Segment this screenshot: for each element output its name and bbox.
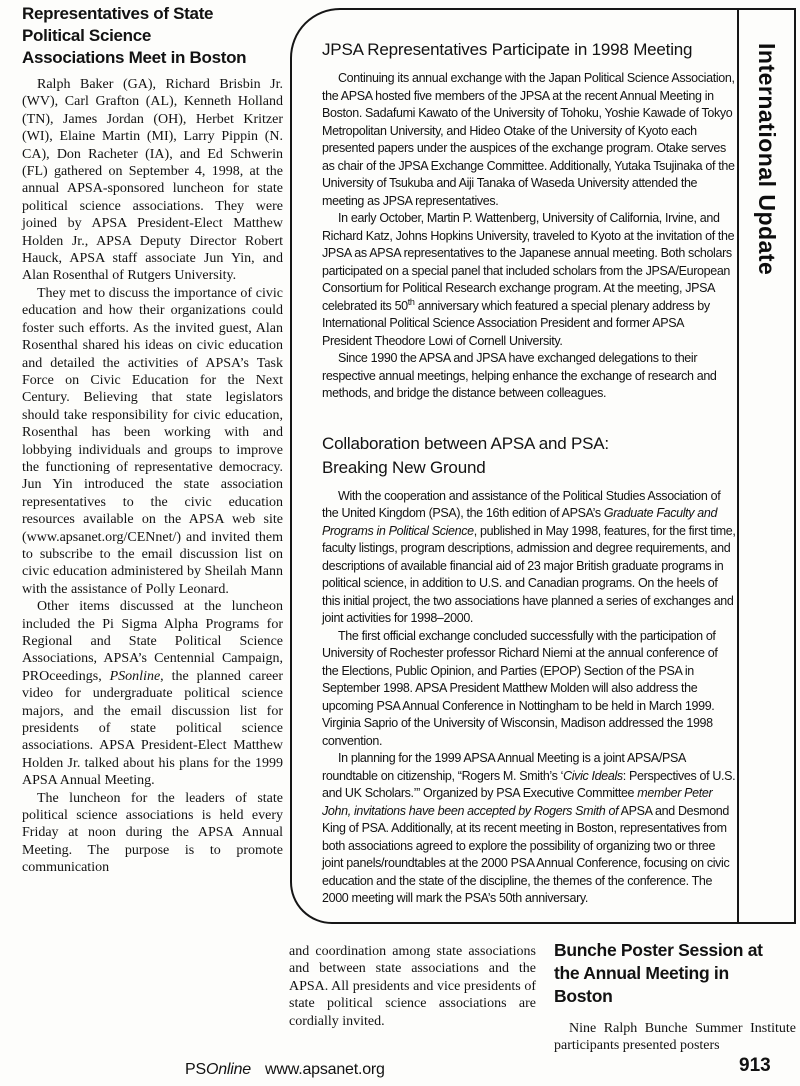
collab-section-body: With the cooperation and assistance of t… — [322, 488, 736, 908]
paragraph: The luncheon for the leaders of state po… — [22, 790, 283, 877]
page-number: 913 — [739, 1055, 771, 1077]
heading-line: Bunche Poster Session at — [554, 939, 796, 962]
text-run: In early October, Martin P. Wattenberg, … — [322, 211, 734, 313]
international-update-box: JPSA Representatives Participate in 1998… — [290, 8, 796, 924]
jpsa-section-body: Continuing its annual exchange with the … — [322, 70, 736, 403]
paragraph: and coordination among state association… — [289, 943, 536, 1030]
journal-name-ps: PS — [185, 1061, 206, 1078]
heading-line: JPSA Representatives Participate in 1998… — [322, 38, 736, 62]
box-content: JPSA Representatives Participate in 1998… — [322, 38, 736, 908]
journal-url: www.apsanet.org — [265, 1061, 385, 1078]
section-title-vertical: International Update — [753, 43, 780, 275]
paragraph: Ralph Baker (GA), Richard Brisbin Jr. (W… — [22, 76, 283, 285]
heading-line: Boston — [554, 985, 796, 1008]
paragraph: They met to discuss the importance of ci… — [22, 285, 283, 598]
left-article-heading: Representatives of State Political Scien… — [22, 3, 283, 69]
paragraph: The first official exchange concluded su… — [322, 628, 736, 751]
paragraph: Since 1990 the APSA and JPSA have exchan… — [322, 350, 736, 403]
middle-continuation-column: and coordination among state association… — [289, 943, 536, 1030]
journal-page: Representatives of State Political Scien… — [0, 0, 800, 1086]
paragraph: Nine Ralph Bunche Summer Institute parti… — [554, 1020, 796, 1055]
text-run: , published in May 1998, features, for t… — [322, 524, 736, 626]
left-article-body: Ralph Baker (GA), Richard Brisbin Jr. (W… — [22, 76, 283, 877]
journal-footer: PSOnlinewww.apsanet.org — [185, 1061, 385, 1079]
bunche-heading: Bunche Poster Session at the Annual Meet… — [554, 939, 796, 1008]
jpsa-section-heading: JPSA Representatives Participate in 1998… — [322, 38, 736, 62]
italic-book-title: Civic Ideals — [563, 769, 623, 783]
bunche-body: Nine Ralph Bunche Summer Institute parti… — [554, 1020, 796, 1055]
collab-section-heading: Collaboration between APSA and PSA: Brea… — [322, 432, 736, 480]
paragraph: In planning for the 1999 APSA Annual Mee… — [322, 750, 736, 908]
ordinal-superscript: th — [408, 296, 415, 306]
italic-title: PSonline — [110, 669, 161, 684]
text-run: , the planned career video for undergrad… — [22, 669, 283, 788]
sidebar-strip: International Update — [737, 10, 794, 922]
heading-line: Breaking New Ground — [322, 456, 736, 480]
heading-line: Collaboration between APSA and PSA: — [322, 432, 736, 456]
paragraph: Other items discussed at the luncheon in… — [22, 598, 283, 789]
heading-line: Associations Meet in Boston — [22, 47, 283, 69]
left-article-column: Representatives of State Political Scien… — [22, 3, 283, 877]
heading-line: the Annual Meeting in — [554, 962, 796, 985]
paragraph: With the cooperation and assistance of t… — [322, 488, 736, 628]
paragraph: In early October, Martin P. Wattenberg, … — [322, 210, 736, 350]
heading-line: Representatives of State — [22, 3, 283, 25]
paragraph: Continuing its annual exchange with the … — [322, 70, 736, 210]
bunche-article-column: Bunche Poster Session at the Annual Meet… — [554, 939, 796, 1055]
heading-line: Political Science — [22, 25, 283, 47]
text-run: APSA and Desmond King of PSA. Additional… — [322, 804, 729, 906]
journal-name-online: Online — [206, 1061, 251, 1078]
